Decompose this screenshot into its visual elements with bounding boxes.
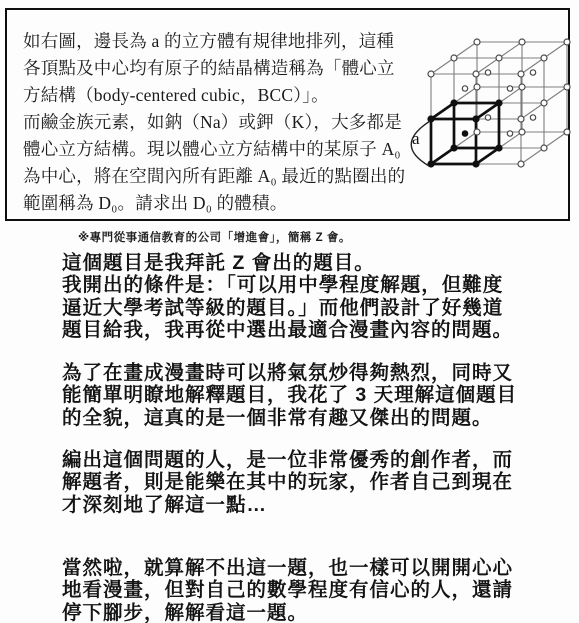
paragraph-1: 這個題目是我拜託 Z 會出的題目。 我開出的條件是：「可以用中學程度解題，但難度… xyxy=(62,252,513,342)
center-atom xyxy=(485,115,490,120)
corner-atom xyxy=(564,129,570,135)
corner-atom xyxy=(519,84,525,90)
text-line: 地看漫畫，但對自己的數學程度有信心的人，還請 xyxy=(62,579,513,601)
problem-box: 如右圖，邊長為 a 的立方體有規律地排列，這種 各頂點及中心均有原子的結晶構造稱… xyxy=(5,8,570,221)
text-line: 為了在畫成漫畫時可以將氣氛炒得夠熱烈，同時又 xyxy=(62,362,517,384)
corner-atom xyxy=(564,39,570,45)
problem-text-line: 體心立方結構。現以體心立方結構中的某原子 A₀ xyxy=(23,136,405,163)
bcc-lattice-diagram: a xyxy=(403,25,579,225)
problem-text-line: 範圍稱為 D₀。請求出 D₀ 的體積。 xyxy=(23,190,405,217)
center-atom xyxy=(507,131,512,136)
unit-cube-edge xyxy=(431,148,454,164)
paragraph-3: 編出這個問題的人，是一位非常優秀的創作者，而 解題者，則是能樂在其中的玩家，作者… xyxy=(62,449,513,516)
center-atom xyxy=(462,86,467,91)
corner-atom-filled xyxy=(473,116,479,122)
text-line: 的全貌，這真的是一個非常有趣又傑出的問題。 xyxy=(62,407,517,429)
problem-text-line: 而鹼金族元素，如鈉（Na）或鉀（K），大多都是 xyxy=(23,109,405,136)
edge-length-label: a xyxy=(412,129,420,148)
footnote: ※專門從事通信教育的公司「增進會」，簡稱 Z 會。 xyxy=(78,229,351,245)
text-line: 能簡單明瞭地解釋題目，我花了 3 天理解這個題目 xyxy=(62,384,517,406)
corner-atom-filled xyxy=(451,145,457,151)
text-line: 才深刻地了解這一點… xyxy=(62,494,513,516)
corner-atom xyxy=(496,55,502,61)
text-line: 當然啦，就算解不出這一題，也一樣可以開開心心 xyxy=(62,557,513,579)
text-line: 停下腳步，解解看這一題。 xyxy=(62,602,513,623)
corner-atom xyxy=(474,84,480,90)
corner-atom xyxy=(451,55,457,61)
corner-atom-filled xyxy=(473,161,479,167)
problem-text-line: 各頂點及中心均有原子的結晶構造稱為「體心立 xyxy=(23,55,405,82)
unit-cube-edge xyxy=(476,148,499,164)
corner-atom xyxy=(473,71,479,77)
text-line: 我開出的條件是：「可以用中學程度解題，但難度 xyxy=(62,274,513,296)
corner-atom xyxy=(564,84,570,90)
corner-atom xyxy=(518,71,524,77)
corner-atom xyxy=(541,100,547,106)
corner-atom xyxy=(518,161,524,167)
center-atom xyxy=(485,70,490,75)
problem-text: 如右圖，邊長為 a 的立方體有規律地排列，這種 各頂點及中心均有原子的結晶構造稱… xyxy=(23,28,405,217)
corner-atom xyxy=(541,55,547,61)
corner-atom xyxy=(541,145,547,151)
corner-atom xyxy=(428,71,434,77)
center-atom-filled xyxy=(462,131,468,137)
unit-cube-edge xyxy=(431,103,454,119)
problem-text-line: 如右圖，邊長為 a 的立方體有規律地排列，這種 xyxy=(23,28,405,55)
corner-atom-filled xyxy=(496,145,502,151)
corner-atom xyxy=(519,129,525,135)
center-atom xyxy=(507,86,512,91)
corner-atom xyxy=(519,39,525,45)
corner-atom-filled xyxy=(451,100,457,106)
corner-atom-filled xyxy=(496,100,502,106)
center-atom xyxy=(530,115,535,120)
corner-atom xyxy=(474,129,480,135)
text-line: 題目給我，我再從中選出最適合漫畫內容的問題。 xyxy=(62,319,513,341)
text-line: 逼近大學考試等級的題目。」而他們設計了好幾道 xyxy=(62,297,513,319)
paragraph-2: 為了在畫成漫畫時可以將氣氛炒得夠熱烈，同時又 能簡單明瞭地解釋題目，我花了 3 … xyxy=(62,362,517,429)
corner-atom xyxy=(474,39,480,45)
paragraph-4: 當然啦，就算解不出這一題，也一樣可以開開心心 地看漫畫，但對自己的數學程度有信心… xyxy=(62,557,513,623)
text-line: 這個題目是我拜託 Z 會出的題目。 xyxy=(62,252,513,274)
text-line: 解題者，則是能樂在其中的玩家，作者自己到現在 xyxy=(62,471,513,493)
problem-text-line: 為中心，將在空間內所有距離 A₀ 最近的點圈出的 xyxy=(23,163,405,190)
center-atom xyxy=(530,70,535,75)
text-line: 編出這個問題的人，是一位非常優秀的創作者，而 xyxy=(62,449,513,471)
problem-text-line: 方結構（body-centered cubic，BCC）」。 xyxy=(23,82,405,109)
corner-atom xyxy=(518,116,524,122)
